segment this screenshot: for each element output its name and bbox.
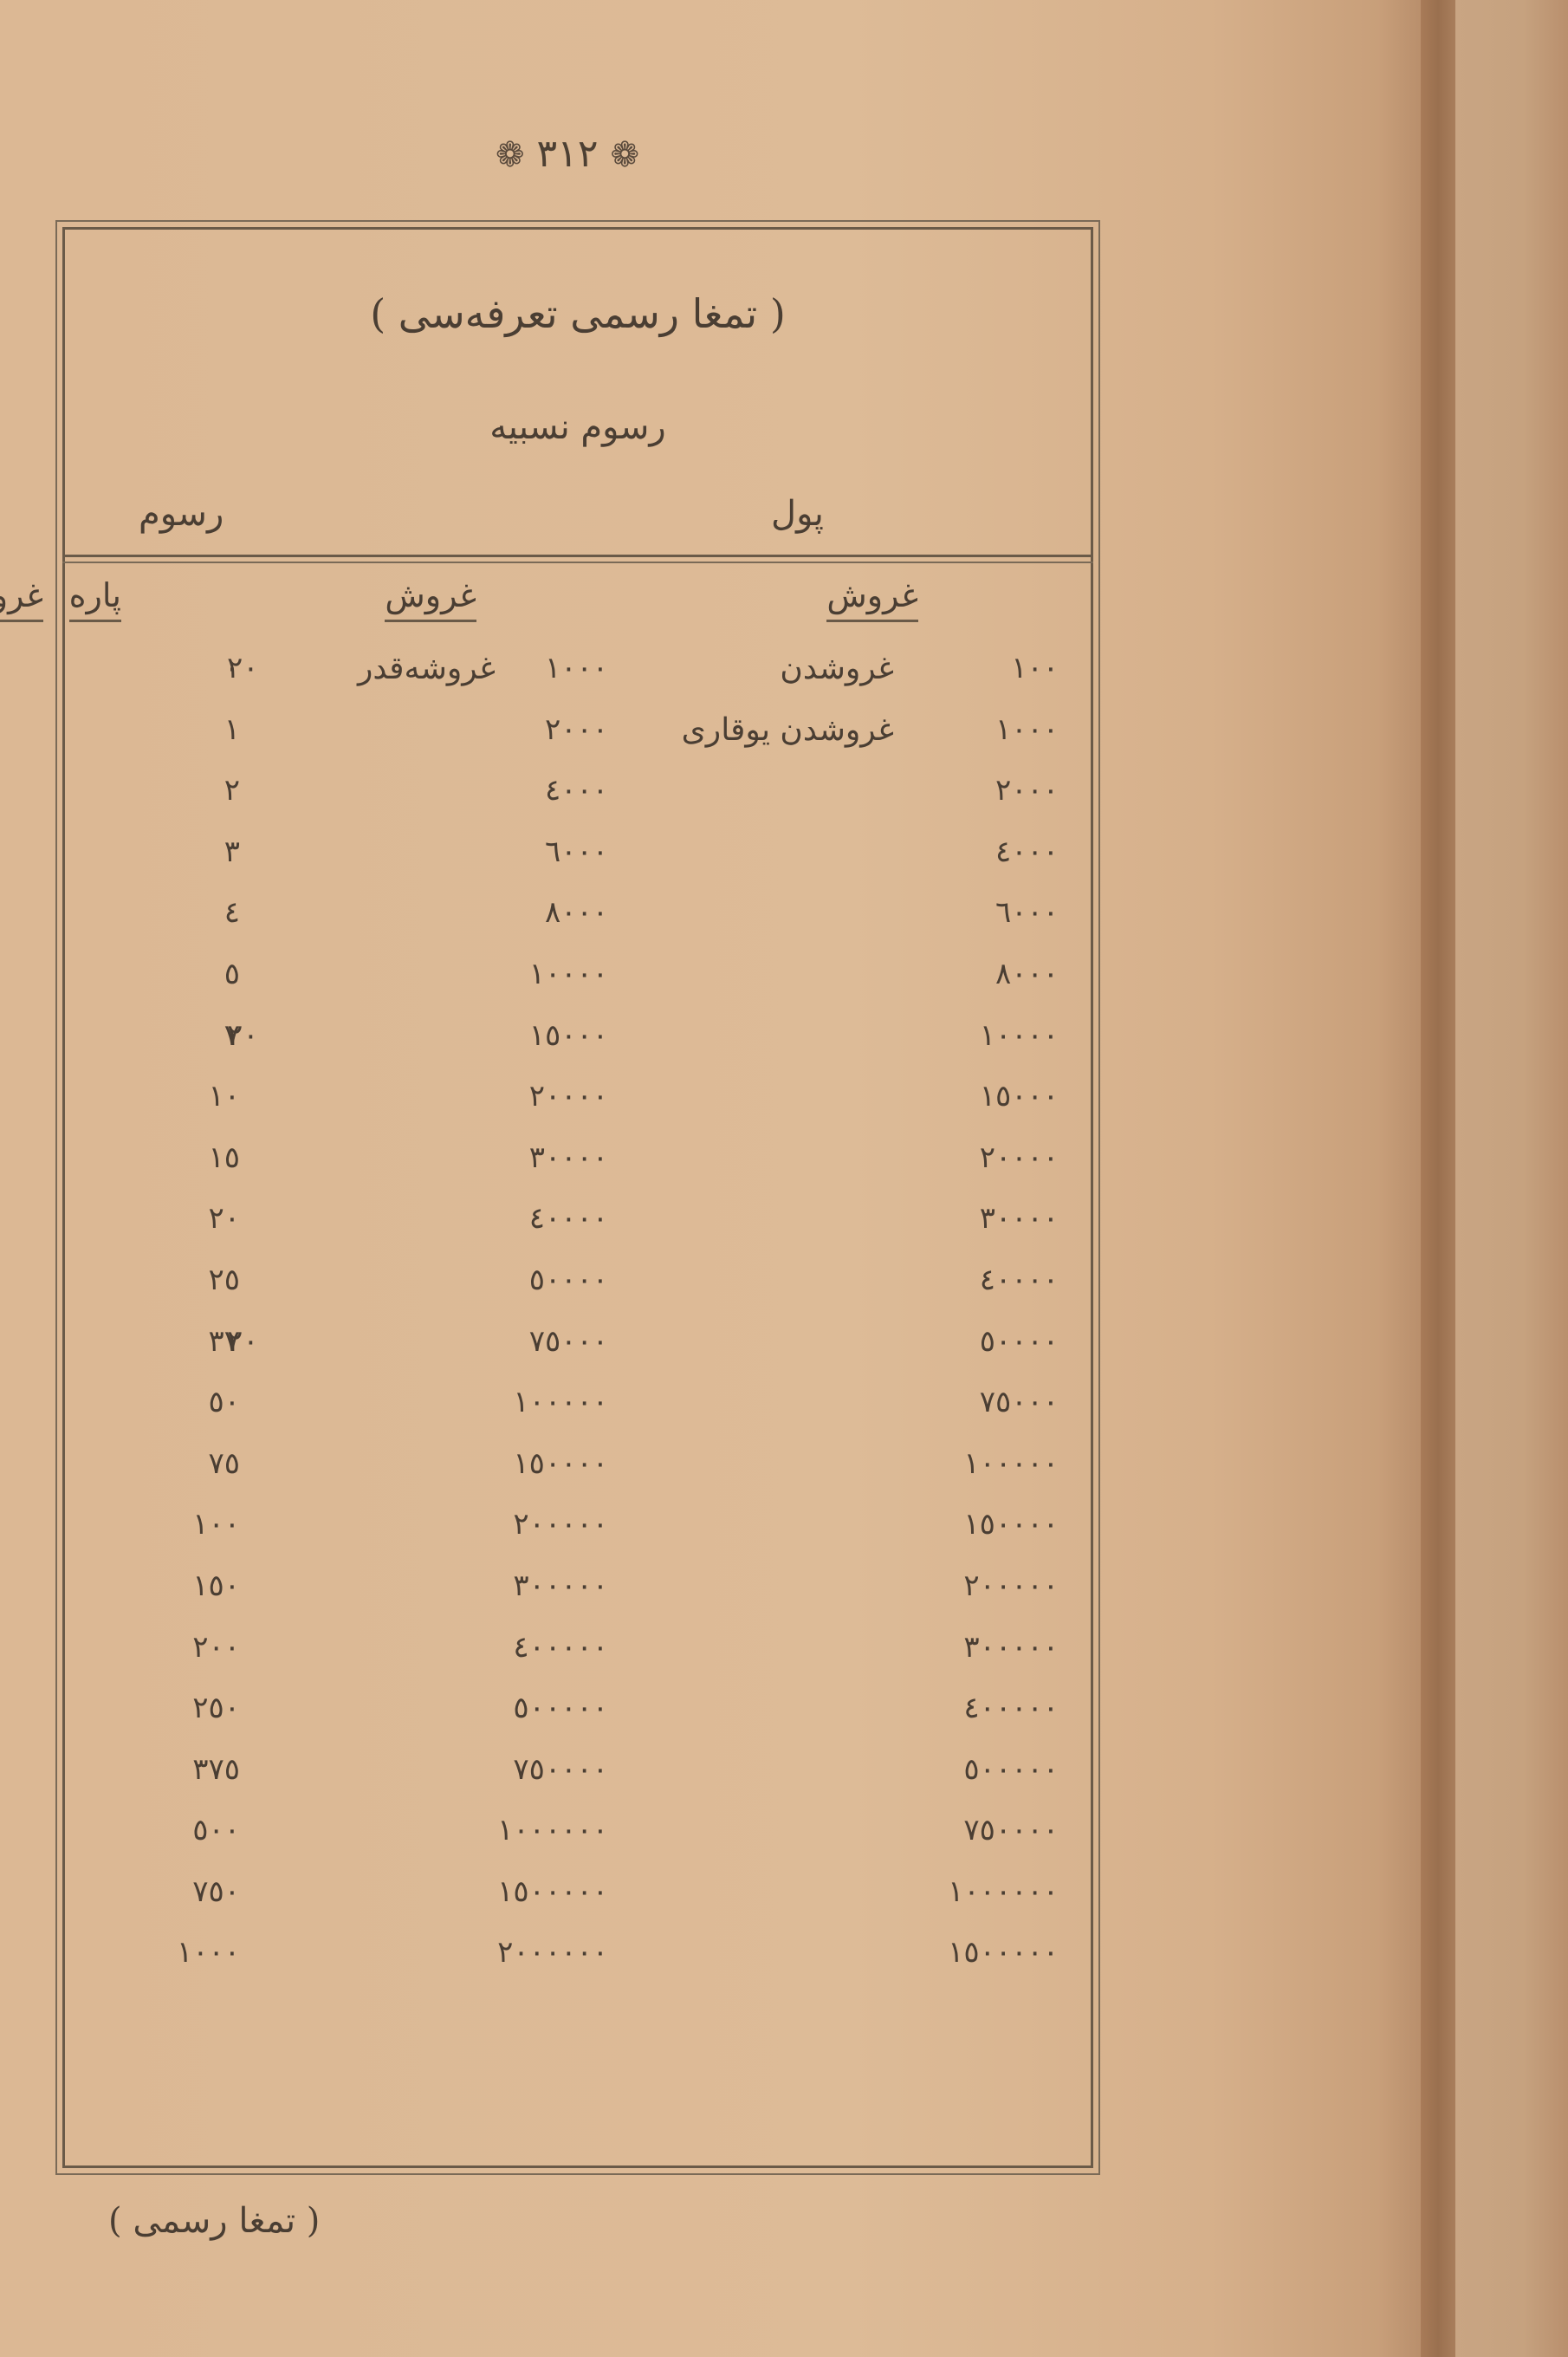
fee-ghurush-cell: ٢٠٠	[192, 1630, 240, 1665]
table-row: ٣٠٠٠٠٤٠٠٠٠٢٠	[62, 1196, 1093, 1257]
table-row: ٤٠٠٠٦٠٠٠٣	[62, 829, 1093, 891]
amount-cell: ١٠٠٠٠٠	[963, 1446, 1059, 1481]
page-number-value: ٣١٢	[537, 132, 599, 176]
upper-qualifier-cell: غروشه‌قدر	[358, 651, 496, 686]
table-row: ١٥٠٠٠٠٠٢٠٠٠٠٠٠١٠٠٠	[62, 1930, 1093, 1991]
catchword: ( تمغا رسمی )	[108, 2201, 320, 2241]
upper-bound-cell: ٤٠٠٠٠٠	[513, 1630, 608, 1665]
upper-bound-cell: ٥٠٠٠٠	[529, 1263, 608, 1297]
table-row: ١٠٠٠٠١٥٠٠٠٢٠٧	[62, 1013, 1093, 1075]
upper-bound-cell: ١٠٠٠٠	[529, 957, 608, 991]
fee-ghurush-cell: ١٠	[208, 1079, 240, 1114]
column-header-fee-para: پاره	[69, 576, 121, 622]
table-row: ٤٠٠٠٠٠٥٠٠٠٠٠٢٥٠	[62, 1685, 1093, 1747]
amount-cell: ١٠٠٠٠	[980, 1018, 1059, 1053]
amount-cell: ١٠٠٠	[995, 712, 1059, 747]
book-gutter	[1421, 0, 1455, 2357]
column-header-upper-ghurush: غروش	[385, 576, 476, 622]
upper-bound-cell: ١٥٠٠٠٠٠	[497, 1874, 608, 1909]
fee-ghurush-cell: ٧٥	[208, 1446, 240, 1481]
amount-cell: ١٠٠٠٠٠٠	[948, 1874, 1059, 1909]
amount-cell: ٥٠٠٠٠	[980, 1324, 1059, 1359]
table-row: ١٠٠غروشدن١٠٠٠غروشه‌قدر٢٠٠	[62, 646, 1093, 707]
upper-bound-cell: ٥٠٠٠٠٠	[513, 1691, 608, 1725]
table-row: ١٥٠٠٠٢٠٠٠٠١٠	[62, 1074, 1093, 1135]
fee-ghurush-cell: ٢	[224, 773, 240, 808]
upper-bound-cell: ٣٠٠٠٠	[529, 1140, 608, 1175]
fee-ghurush-cell: ٣٧٥	[192, 1752, 240, 1787]
amount-cell: ٧٥٠٠٠٠	[963, 1813, 1059, 1847]
fee-ghurush-cell: ٠	[224, 651, 240, 685]
group-label-fees: رسوم	[139, 494, 224, 534]
table-row: ٥٠٠٠٠٧٥٠٠٠٢٠٣٧	[62, 1319, 1093, 1380]
amount-cell: ٤٠٠٠٠	[980, 1263, 1059, 1297]
header-divider	[62, 555, 1093, 563]
table-row: ١٠٠٠غروشدن یوقاری٢٠٠٠١	[62, 707, 1093, 769]
upper-bound-cell: ٣٠٠٠٠٠	[513, 1568, 608, 1603]
upper-bound-cell: ٢٠٠٠	[545, 712, 608, 747]
book-page: ❁ ٣١٢ ❁ ( تمغا رسمی تعرفه‌سی ) رسوم نسبی…	[0, 0, 1421, 2357]
fee-ghurush-cell: ٥	[224, 957, 240, 991]
table-row: ٥٠٠٠٠٠٧٥٠٠٠٠٣٧٥	[62, 1747, 1093, 1808]
fee-ghurush-cell: ٧٥٠	[192, 1874, 240, 1909]
column-header-money-ghurush: غروش	[826, 576, 918, 622]
amount-cell: ٢٠٠٠	[995, 773, 1059, 808]
ornament-icon: ❁	[496, 135, 525, 175]
column-header-fee-ghurush: غروش	[0, 576, 43, 622]
table-row: ٢٠٠٠٤٠٠٠٢	[62, 768, 1093, 829]
ornament-icon: ❁	[610, 135, 639, 175]
fee-ghurush-cell: ١٠٠٠	[177, 1935, 240, 1970]
group-label-money: پول	[771, 494, 824, 534]
fee-ghurush-cell: ١٥	[208, 1140, 240, 1175]
upper-bound-cell: ٤٠٠٠٠	[529, 1201, 608, 1236]
upper-bound-cell: ١٥٠٠٠	[529, 1018, 608, 1053]
fee-ghurush-cell: ٢٠	[208, 1201, 240, 1236]
fee-ghurush-cell: ١٠٠	[192, 1507, 240, 1542]
amount-cell: ٦٠٠٠	[995, 895, 1059, 930]
amount-cell: ١٥٠٠٠٠	[963, 1507, 1059, 1542]
fee-ghurush-cell: ٢٥	[208, 1263, 240, 1297]
table-row: ١٠٠٠٠٠٠١٥٠٠٠٠٠٧٥٠	[62, 1869, 1093, 1931]
fee-ghurush-cell: ١	[224, 712, 240, 747]
table-row: ٢٠٠٠٠٠٣٠٠٠٠٠١٥٠	[62, 1563, 1093, 1625]
table-title: ( تمغا رسمی تعرفه‌سی )	[62, 290, 1093, 337]
upper-bound-cell: ١٠٠٠	[545, 651, 608, 685]
upper-bound-cell: ١٠٠٠٠٠٠	[497, 1813, 608, 1847]
amount-cell: ٣٠٠٠٠٠	[963, 1630, 1059, 1665]
upper-bound-cell: ٨٠٠٠	[545, 895, 608, 930]
table-row: ٢٠٠٠٠٣٠٠٠٠١٥	[62, 1135, 1093, 1197]
upper-bound-cell: ٢٠٠٠٠	[529, 1079, 608, 1114]
table-row: ٤٠٠٠٠٥٠٠٠٠٢٥	[62, 1257, 1093, 1319]
upper-bound-cell: ٤٠٠٠	[545, 773, 608, 808]
fee-ghurush-cell: ٥٠	[208, 1385, 240, 1419]
table-row: ٦٠٠٠٨٠٠٠٤	[62, 890, 1093, 951]
table-row: ٨٠٠٠١٠٠٠٠٥	[62, 951, 1093, 1013]
table-row: ٧٥٠٠٠١٠٠٠٠٠٥٠	[62, 1380, 1093, 1441]
amount-qualifier-cell: غروشدن	[780, 651, 894, 686]
upper-bound-cell: ١٥٠٠٠٠	[513, 1446, 608, 1481]
upper-bound-cell: ٧٥٠٠٠٠	[513, 1752, 608, 1787]
fee-ghurush-cell: ٥٠٠	[192, 1813, 240, 1847]
upper-bound-cell: ١٠٠٠٠٠	[513, 1385, 608, 1419]
table-row: ١٥٠٠٠٠٢٠٠٠٠٠١٠٠	[62, 1502, 1093, 1563]
table-subtitle: رسوم نسبیه	[62, 407, 1093, 447]
upper-bound-cell: ٦٠٠٠	[545, 834, 608, 869]
upper-bound-cell: ٧٥٠٠٠	[529, 1324, 608, 1359]
fee-ghurush-cell: ١٥٠	[192, 1568, 240, 1603]
table-row: ٣٠٠٠٠٠٤٠٠٠٠٠٢٠٠	[62, 1625, 1093, 1686]
amount-cell: ٢٠٠٠٠	[980, 1140, 1059, 1175]
amount-cell: ٧٥٠٠٠	[980, 1385, 1059, 1419]
amount-cell: ٨٠٠٠	[995, 957, 1059, 991]
tariff-table: ١٠٠غروشدن١٠٠٠غروشه‌قدر٢٠٠١٠٠٠غروشدن یوقا…	[62, 646, 1093, 1991]
upper-bound-cell: ٢٠٠٠٠٠٠	[497, 1935, 608, 1970]
fee-ghurush-cell: ٣	[224, 834, 240, 869]
fee-ghurush-cell: ٣٧	[208, 1324, 240, 1359]
upper-bound-cell: ٢٠٠٠٠٠	[513, 1507, 608, 1542]
amount-cell: ٢٠٠٠٠٠	[963, 1568, 1059, 1603]
table-row: ١٠٠٠٠٠١٥٠٠٠٠٧٥	[62, 1441, 1093, 1503]
amount-cell: ١٠٠	[1011, 651, 1059, 685]
amount-cell: ١٥٠٠٠٠٠	[948, 1935, 1059, 1970]
amount-cell: ٤٠٠٠٠٠	[963, 1691, 1059, 1725]
amount-qualifier-cell: غروشدن یوقاری	[682, 712, 894, 748]
table-row: ٧٥٠٠٠٠١٠٠٠٠٠٠٥٠٠	[62, 1808, 1093, 1869]
amount-cell: ١٥٠٠٠	[980, 1079, 1059, 1114]
amount-cell: ٥٠٠٠٠٠	[963, 1752, 1059, 1787]
fee-ghurush-cell: ٢٥٠	[192, 1691, 240, 1725]
amount-cell: ٤٠٠٠	[995, 834, 1059, 869]
amount-cell: ٣٠٠٠٠	[980, 1201, 1059, 1236]
fee-ghurush-cell: ٧	[224, 1018, 240, 1053]
page-number: ❁ ٣١٢ ❁	[468, 132, 667, 176]
fee-ghurush-cell: ٤	[224, 895, 240, 930]
facing-page-edge	[1455, 0, 1568, 2357]
